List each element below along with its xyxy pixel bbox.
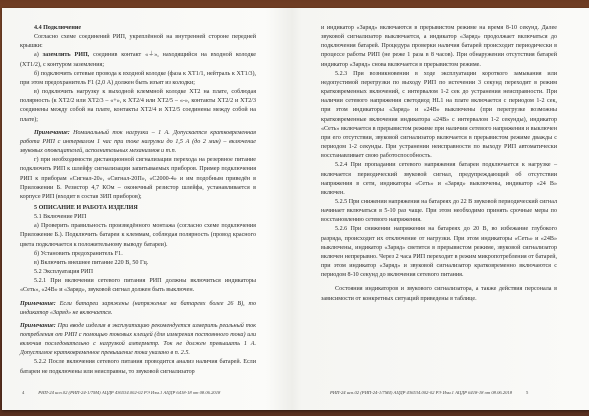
intro-paragraph: Согласно схеме соединений РИП, укреплённ… bbox=[20, 33, 256, 51]
s522: 5.2.2 После включения сетевого питания п… bbox=[20, 358, 256, 376]
table-reference: Состояния индикаторов и звукового сигнал… bbox=[321, 285, 557, 303]
s51-a: а) Проверить правильность произведённого… bbox=[20, 222, 256, 249]
section-5-title: 5 ОПИСАНИЕ И РАБОТА ИЗДЕЛИЯ bbox=[20, 204, 256, 213]
note-3: Примечание: При вводе изделия в эксплуат… bbox=[20, 322, 256, 359]
s521: 5.2.1 При включении сетевого питания РИП… bbox=[20, 277, 256, 295]
section-4-4-title: 4.4 Подключение bbox=[20, 24, 256, 33]
s51-v: в) Включить внешнее питание 220 В, 50 Гц… bbox=[20, 259, 256, 268]
right-footer: РИП-24 исп.02 (РИП-24-1/7М4) АЦДР 436534… bbox=[330, 390, 542, 395]
left-page-number: 4 bbox=[22, 390, 24, 395]
item-a: а) заземлить РИП, соединив контакт «⏚», … bbox=[20, 51, 256, 69]
right-page: и индикатор «Заряд» включаются в прерыви… bbox=[321, 24, 557, 304]
s524: 5.2.4 При пропадании сетевого напряжения… bbox=[321, 161, 557, 198]
right-footer-text: РИП-24 исп.02 (РИП-24-1/7М4) АЦДР 436534… bbox=[330, 390, 512, 395]
s523: 5.2.3 При возникновении в ходе эксплуата… bbox=[321, 70, 557, 162]
note-2: Примечание: Если батареи заряжены (напря… bbox=[20, 300, 256, 318]
s51-b: б) Установить предохранитель F1. bbox=[20, 250, 256, 259]
document-spread: 4.4 Подключение Согласно схеме соединени… bbox=[2, 8, 589, 410]
left-page: 4.4 Подключение Согласно схеме соединени… bbox=[20, 24, 256, 377]
item-g: г) при необходимости дистанционной сигна… bbox=[20, 156, 256, 202]
s525: 5.2.5 При снижении напряжения на батарея… bbox=[321, 198, 557, 225]
left-footer-text: РИП-24 исп.02 (РИП-24-1/7М4) АЦДР 436534… bbox=[38, 390, 220, 395]
section-5-2-title: 5.2 Эксплуатация РИП bbox=[20, 268, 256, 277]
left-footer: 4РИП-24 исп.02 (РИП-24-1/7М4) АЦДР 43653… bbox=[22, 390, 220, 395]
section-5-1-title: 5.1 Включение РИП bbox=[20, 213, 256, 222]
right-page-number: 5 bbox=[526, 390, 528, 395]
item-v: в) подключить нагрузку к выходной клеммн… bbox=[20, 88, 256, 125]
s522-continued: и индикатор «Заряд» включаются в прерыви… bbox=[321, 24, 557, 70]
note-1: Примечание: Номинальный ток нагрузки – 1… bbox=[20, 129, 256, 156]
item-b: б) подключить сетевые провода к входной … bbox=[20, 70, 256, 88]
s526: 5.2.6 При снижении напряжения на батарея… bbox=[321, 225, 557, 280]
